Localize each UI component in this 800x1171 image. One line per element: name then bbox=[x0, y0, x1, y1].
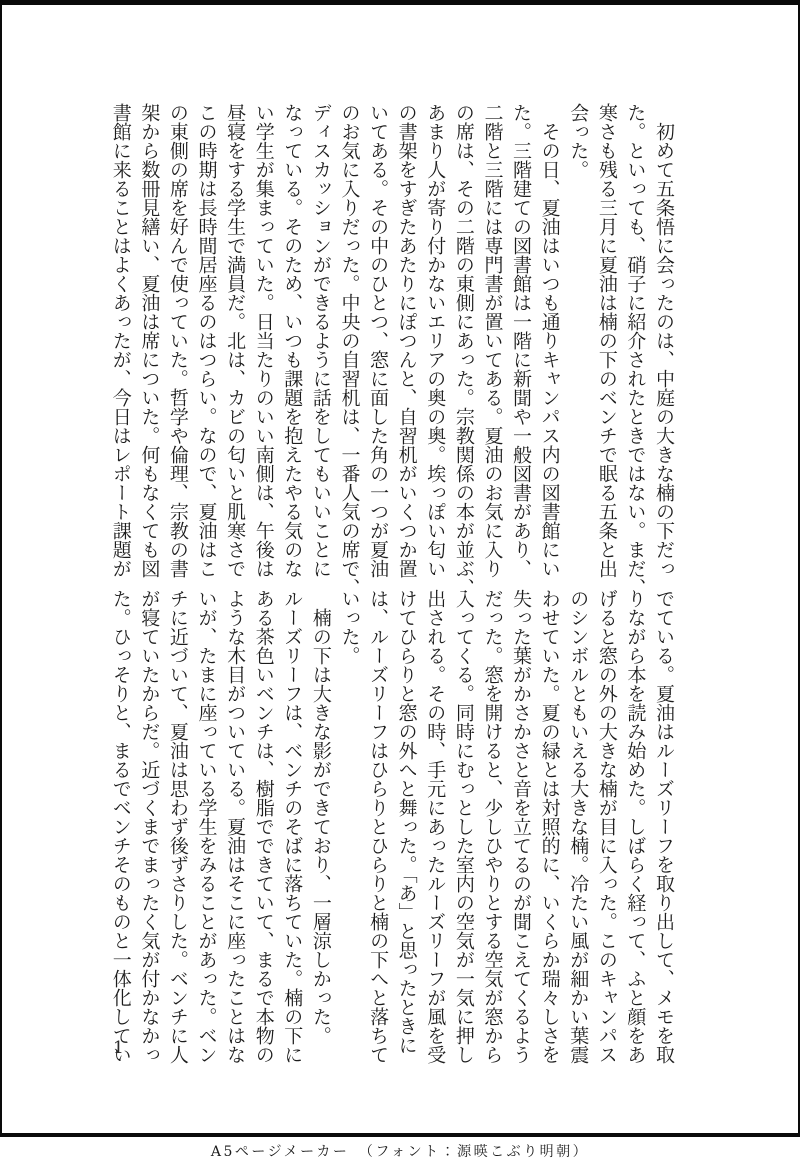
text-line: ルーズリーフは、ベンチのそばに落ちていた。楠の下に bbox=[278, 589, 307, 1049]
text-line: ディスカッションができるように話をしてもいいことに bbox=[306, 103, 335, 563]
text-line: ような木目がついている。夏油はそこに座ったことはな bbox=[221, 589, 250, 1049]
text-line: 入ってくる。同時にむっとした室内の空気が一気に押し bbox=[449, 589, 478, 1049]
text-line: なっている。そのため、いつも課題を抱えたやる気のな bbox=[278, 103, 307, 563]
text-line: 架から数冊見繕い、夏油は席についた。何もなくても図 bbox=[135, 103, 164, 563]
vertical-text-block-lower: でている。夏油はルーズリーフを取り出して、メモを取りながら本を読み始めた。しばら… bbox=[106, 589, 678, 1049]
text-line: 初めて五条悟に会ったのは、中庭の大きな楠の下だっ bbox=[649, 103, 678, 563]
text-line: い学生が集まっていた。日当たりのいい南側は、午後は bbox=[249, 103, 278, 563]
text-line: た。といっても、硝子に紹介されたときではない。まだ、 bbox=[621, 103, 650, 563]
text-line: だった。窓を開けると、少しひやりとする空気が窓から bbox=[478, 589, 507, 1049]
text-line: この時期は長時間居座るのはつらい。なので、夏油はこ bbox=[192, 103, 221, 563]
text-line: 書館に来ることはよくあったが、今日はレポート課題が bbox=[106, 103, 135, 563]
text-line: のお気に入りだった。中央の自習机は、一番人気の席で、 bbox=[335, 103, 364, 563]
text-line: あまり人が寄り付かないエリアの奥の奥。埃っぽい匂い bbox=[421, 103, 450, 563]
text-line: 楠の下は大きな影ができており、一層涼しかった。 bbox=[306, 589, 335, 1049]
text-line: その日、夏油はいつも通りキャンパス内の図書館にい bbox=[535, 103, 564, 563]
text-line: の席は、その二階の東側にあった。宗教関係の本が並ぶ、 bbox=[449, 103, 478, 563]
text-line: 出される。その時、手元にあったルーズリーフが風を受 bbox=[421, 589, 450, 1049]
text-line: チに近づいて、夏油は思わず後ずさりした。ベンチに人 bbox=[163, 589, 192, 1049]
text-line: わせていた。夏の緑とは対照的に、いくらか瑞々しさを bbox=[535, 589, 564, 1049]
text-line: た。ひっそりと、まるでベンチそのものと一体化してい bbox=[106, 589, 135, 1049]
text-line: 失った葉がかさかさと音を立てるのが聞こえてくるよう bbox=[506, 589, 535, 1049]
vertical-text-block-upper: 初めて五条悟に会ったのは、中庭の大きな楠の下だった。といっても、硝子に紹介された… bbox=[106, 103, 678, 563]
text-line: の東側の席を好んで使っていた。哲学や倫理、宗教の書 bbox=[163, 103, 192, 563]
text-line: は、ルーズリーフはひらりとひらりと楠の下へと落ちて bbox=[363, 589, 392, 1049]
text-line: 昼寝をする学生で満員だ。北は、カビの匂いと肌寒さで bbox=[221, 103, 250, 563]
text-line: ある茶色いベンチは、樹脂でできていて、まるで本物の bbox=[249, 589, 278, 1049]
footer-caption: A5ページメーカー （フォント：源暎こぶり明朝） bbox=[0, 1141, 800, 1161]
text-line: りながら本を読み始めた。しばらく経って、ふと顔をあ bbox=[621, 589, 650, 1049]
text-line: た。三階建ての図書館は一階に新聞や一般図書があり、 bbox=[506, 103, 535, 563]
text-line: いった。 bbox=[335, 589, 364, 1049]
text-line: げると窓の外の大きな楠が目に入った。このキャンパス bbox=[592, 589, 621, 1049]
document-page: 初めて五条悟に会ったのは、中庭の大きな楠の下だった。といっても、硝子に紹介された… bbox=[0, 0, 800, 1171]
text-line: 寒さも残る三月に夏油は楠の下のベンチで眠る五条と出 bbox=[592, 103, 621, 563]
text-line: でている。夏油はルーズリーフを取り出して、メモを取 bbox=[649, 589, 678, 1049]
text-line: のシンボルともいえる大きな楠。冷たい風が細かい葉震 bbox=[564, 589, 593, 1049]
text-line: 会った。 bbox=[564, 103, 593, 563]
text-line: の書架をすぎたあたりにぽつんと、自習机がいくつか置 bbox=[392, 103, 421, 563]
text-line: いてある。その中のひとつ、窓に面した角の一つが夏油 bbox=[363, 103, 392, 563]
text-line: 二階と三階には専門書が置いてある。夏油のお気に入り bbox=[478, 103, 507, 563]
text-line: けてひらりと窓の外へと舞った。「あ」と思ったときに bbox=[392, 589, 421, 1049]
page-number: 1 bbox=[113, 1038, 124, 1058]
text-line: いが、たまに座っている学生をみることがあった。ベン bbox=[192, 589, 221, 1049]
text-line: が寝ていたからだ。近づくまでまったく気が付かなかっ bbox=[135, 589, 164, 1049]
